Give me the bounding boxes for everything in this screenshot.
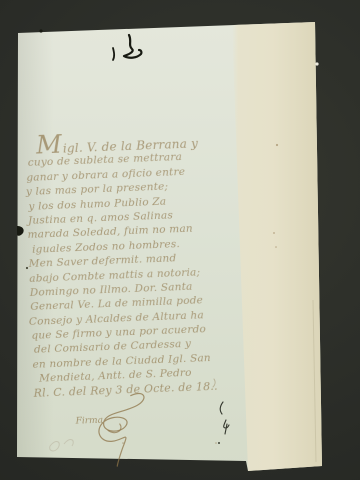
stain-dot xyxy=(273,232,275,234)
stain-dot xyxy=(215,442,217,444)
photo-stage: Firma Migl. V. de la Berrana y cuyo de s… xyxy=(0,0,360,480)
top-edge-notch xyxy=(39,29,42,32)
right-edge-notch xyxy=(315,62,318,65)
ink-squiggle-tick xyxy=(113,48,114,60)
left-margin-speck xyxy=(26,267,28,269)
ink-dot xyxy=(218,442,220,444)
signature-word: Firma xyxy=(75,416,104,427)
stain-dot xyxy=(122,442,124,444)
handwriting-block: Migl. V. de la Berrana y cuyo de subleta… xyxy=(24,134,230,400)
stain-dot xyxy=(275,246,277,248)
stain-dot xyxy=(276,144,278,146)
